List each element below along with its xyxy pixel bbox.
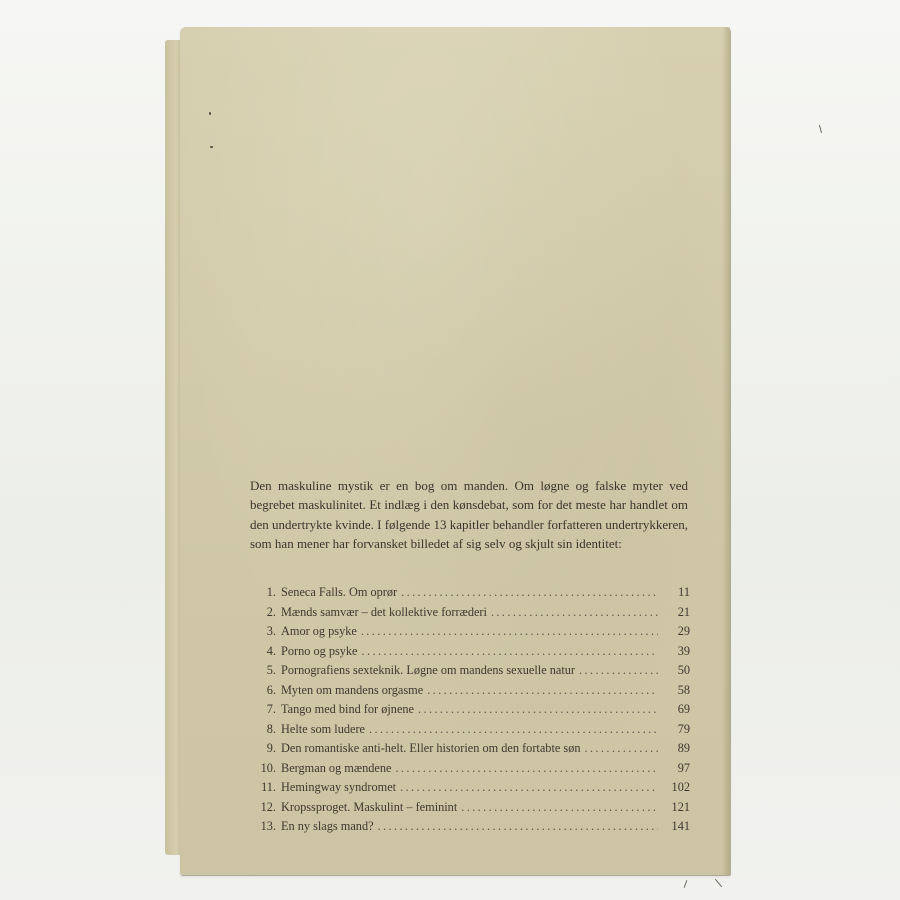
toc-entry: 6.Myten om mandens orgasme58 <box>252 683 690 703</box>
toc-page: 11 <box>664 585 690 600</box>
toc-number: 4. <box>252 644 281 659</box>
toc-number: 7. <box>252 702 281 717</box>
toc-entry: 2.Mænds samvær – det kollektive forræder… <box>252 605 690 625</box>
cover-speck <box>209 112 211 115</box>
toc-title: Mænds samvær – det kollektive forræderi <box>281 605 487 620</box>
toc-entry: 7.Tango med bind for øjnene69 <box>252 702 690 722</box>
toc-number: 8. <box>252 722 281 737</box>
toc-leader-dots <box>362 644 658 659</box>
toc-title: Myten om mandens orgasme <box>281 683 423 698</box>
toc-entry: 8.Helte som ludere79 <box>252 722 690 742</box>
toc-number: 13. <box>252 819 281 834</box>
toc-leader-dots <box>369 722 658 737</box>
toc-leader-dots <box>579 663 658 678</box>
toc-number: 1. <box>252 585 281 600</box>
toc-page: 141 <box>664 819 690 834</box>
toc-leader-dots <box>378 819 658 834</box>
toc-leader-dots <box>418 702 658 717</box>
toc-page: 89 <box>664 741 690 756</box>
toc-leader-dots <box>491 605 658 620</box>
toc-title: Pornografiens sexteknik. Løgne om manden… <box>281 663 575 678</box>
toc-title: Kropssproget. Maskulint – feminint <box>281 800 457 815</box>
toc-entry: 10.Bergman og mændene97 <box>252 761 690 781</box>
table-of-contents: 1.Seneca Falls. Om oprør11 2.Mænds samvæ… <box>252 585 690 839</box>
toc-number: 3. <box>252 624 281 639</box>
toc-page: 50 <box>664 663 690 678</box>
toc-page: 97 <box>664 761 690 776</box>
toc-page: 102 <box>664 780 690 795</box>
toc-leader-dots <box>401 585 658 600</box>
toc-title: Amor og psyke <box>281 624 357 639</box>
cover-speck <box>210 146 213 148</box>
toc-title: Hemingway syndromet <box>281 780 396 795</box>
toc-number: 5. <box>252 663 281 678</box>
toc-number: 9. <box>252 741 281 756</box>
toc-entry: 4.Porno og psyke39 <box>252 644 690 664</box>
toc-title: Bergman og mændene <box>281 761 391 776</box>
toc-title: Porno og psyke <box>281 644 358 659</box>
toc-title: En ny slags mand? <box>281 819 374 834</box>
toc-title: Tango med bind for øjnene <box>281 702 414 717</box>
toc-entry: 11.Hemingway syndromet102 <box>252 780 690 800</box>
toc-entry: 12.Kropssproget. Maskulint – feminint121 <box>252 800 690 820</box>
toc-leader-dots <box>584 741 658 756</box>
toc-number: 11. <box>252 780 281 795</box>
toc-page: 39 <box>664 644 690 659</box>
toc-number: 6. <box>252 683 281 698</box>
toc-page: 69 <box>664 702 690 717</box>
toc-page: 21 <box>664 605 690 620</box>
toc-entry: 5.Pornografiens sexteknik. Løgne om mand… <box>252 663 690 683</box>
toc-number: 2. <box>252 605 281 620</box>
toc-title: Helte som ludere <box>281 722 365 737</box>
toc-entry: 3.Amor og psyke29 <box>252 624 690 644</box>
toc-entry: 1.Seneca Falls. Om oprør11 <box>252 585 690 605</box>
toc-entry: 9.Den romantiske anti-helt. Eller histor… <box>252 741 690 761</box>
toc-page: 121 <box>664 800 690 815</box>
toc-leader-dots <box>400 780 658 795</box>
toc-page: 79 <box>664 722 690 737</box>
toc-leader-dots <box>361 624 658 639</box>
toc-page: 29 <box>664 624 690 639</box>
toc-number: 10. <box>252 761 281 776</box>
toc-leader-dots <box>461 800 658 815</box>
blurb-text: Den maskuline mystik er en bog om manden… <box>250 476 688 554</box>
toc-page: 58 <box>664 683 690 698</box>
toc-leader-dots <box>395 761 658 776</box>
toc-leader-dots <box>427 683 658 698</box>
toc-title: Seneca Falls. Om oprør <box>281 585 397 600</box>
toc-title: Den romantiske anti-helt. Eller historie… <box>281 741 580 756</box>
toc-number: 12. <box>252 800 281 815</box>
toc-entry: 13.En ny slags mand?141 <box>252 819 690 839</box>
